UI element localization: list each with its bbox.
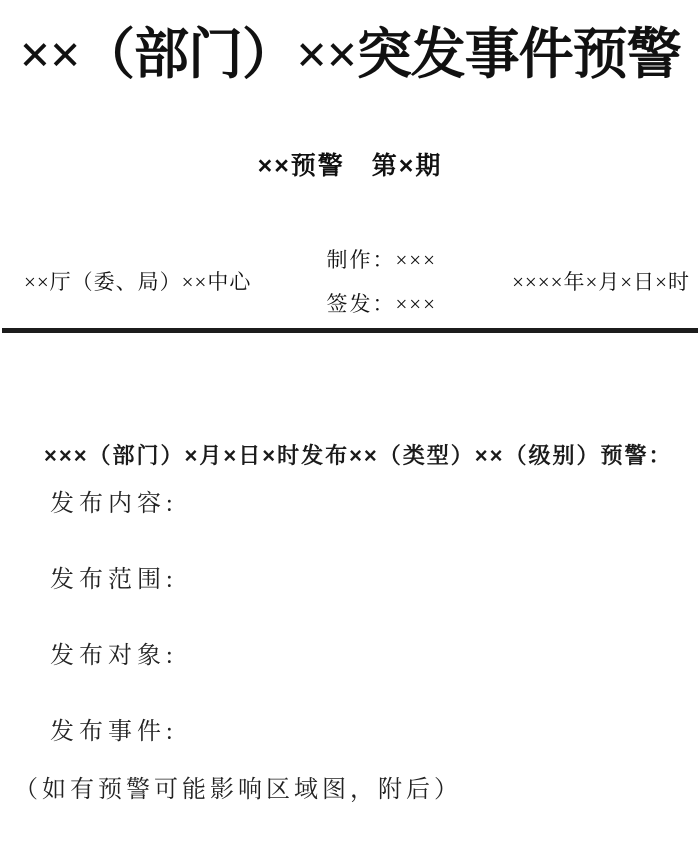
producer-block: 制作：××× 签发：××× xyxy=(326,244,437,318)
masthead-divider xyxy=(2,328,698,333)
lead-paragraph: ×××（部门）×月×日×时发布××（类型）××（级别）预警： xyxy=(8,433,692,479)
masthead: ××厅（委、局）××中心 制作：××× 签发：××× ××××年×月×日×时 xyxy=(8,246,692,316)
field-label-content: 发布内容: xyxy=(8,489,692,519)
field-label-event: 发布事件: xyxy=(8,717,692,747)
field-label-scope: 发布范围: xyxy=(8,565,692,595)
issuer-line: 签发：××× xyxy=(326,288,437,318)
attachment-note: （如有预警可能影响区域图，附后） xyxy=(8,775,692,805)
issue-datetime: ××××年×月×日×时 xyxy=(512,266,690,296)
page-title: ××（部门）××突发事件预警 xyxy=(8,0,692,100)
document-page: ××（部门）××突发事件预警 ××预警 第×期 ××厅（委、局）××中心 制作：… xyxy=(0,0,700,861)
issuing-org: ××厅（委、局）××中心 xyxy=(24,266,251,296)
field-label-target: 发布对象: xyxy=(8,641,692,671)
issue-number: ××预警 第×期 xyxy=(8,150,692,182)
producer-line: 制作：××× xyxy=(326,244,437,274)
